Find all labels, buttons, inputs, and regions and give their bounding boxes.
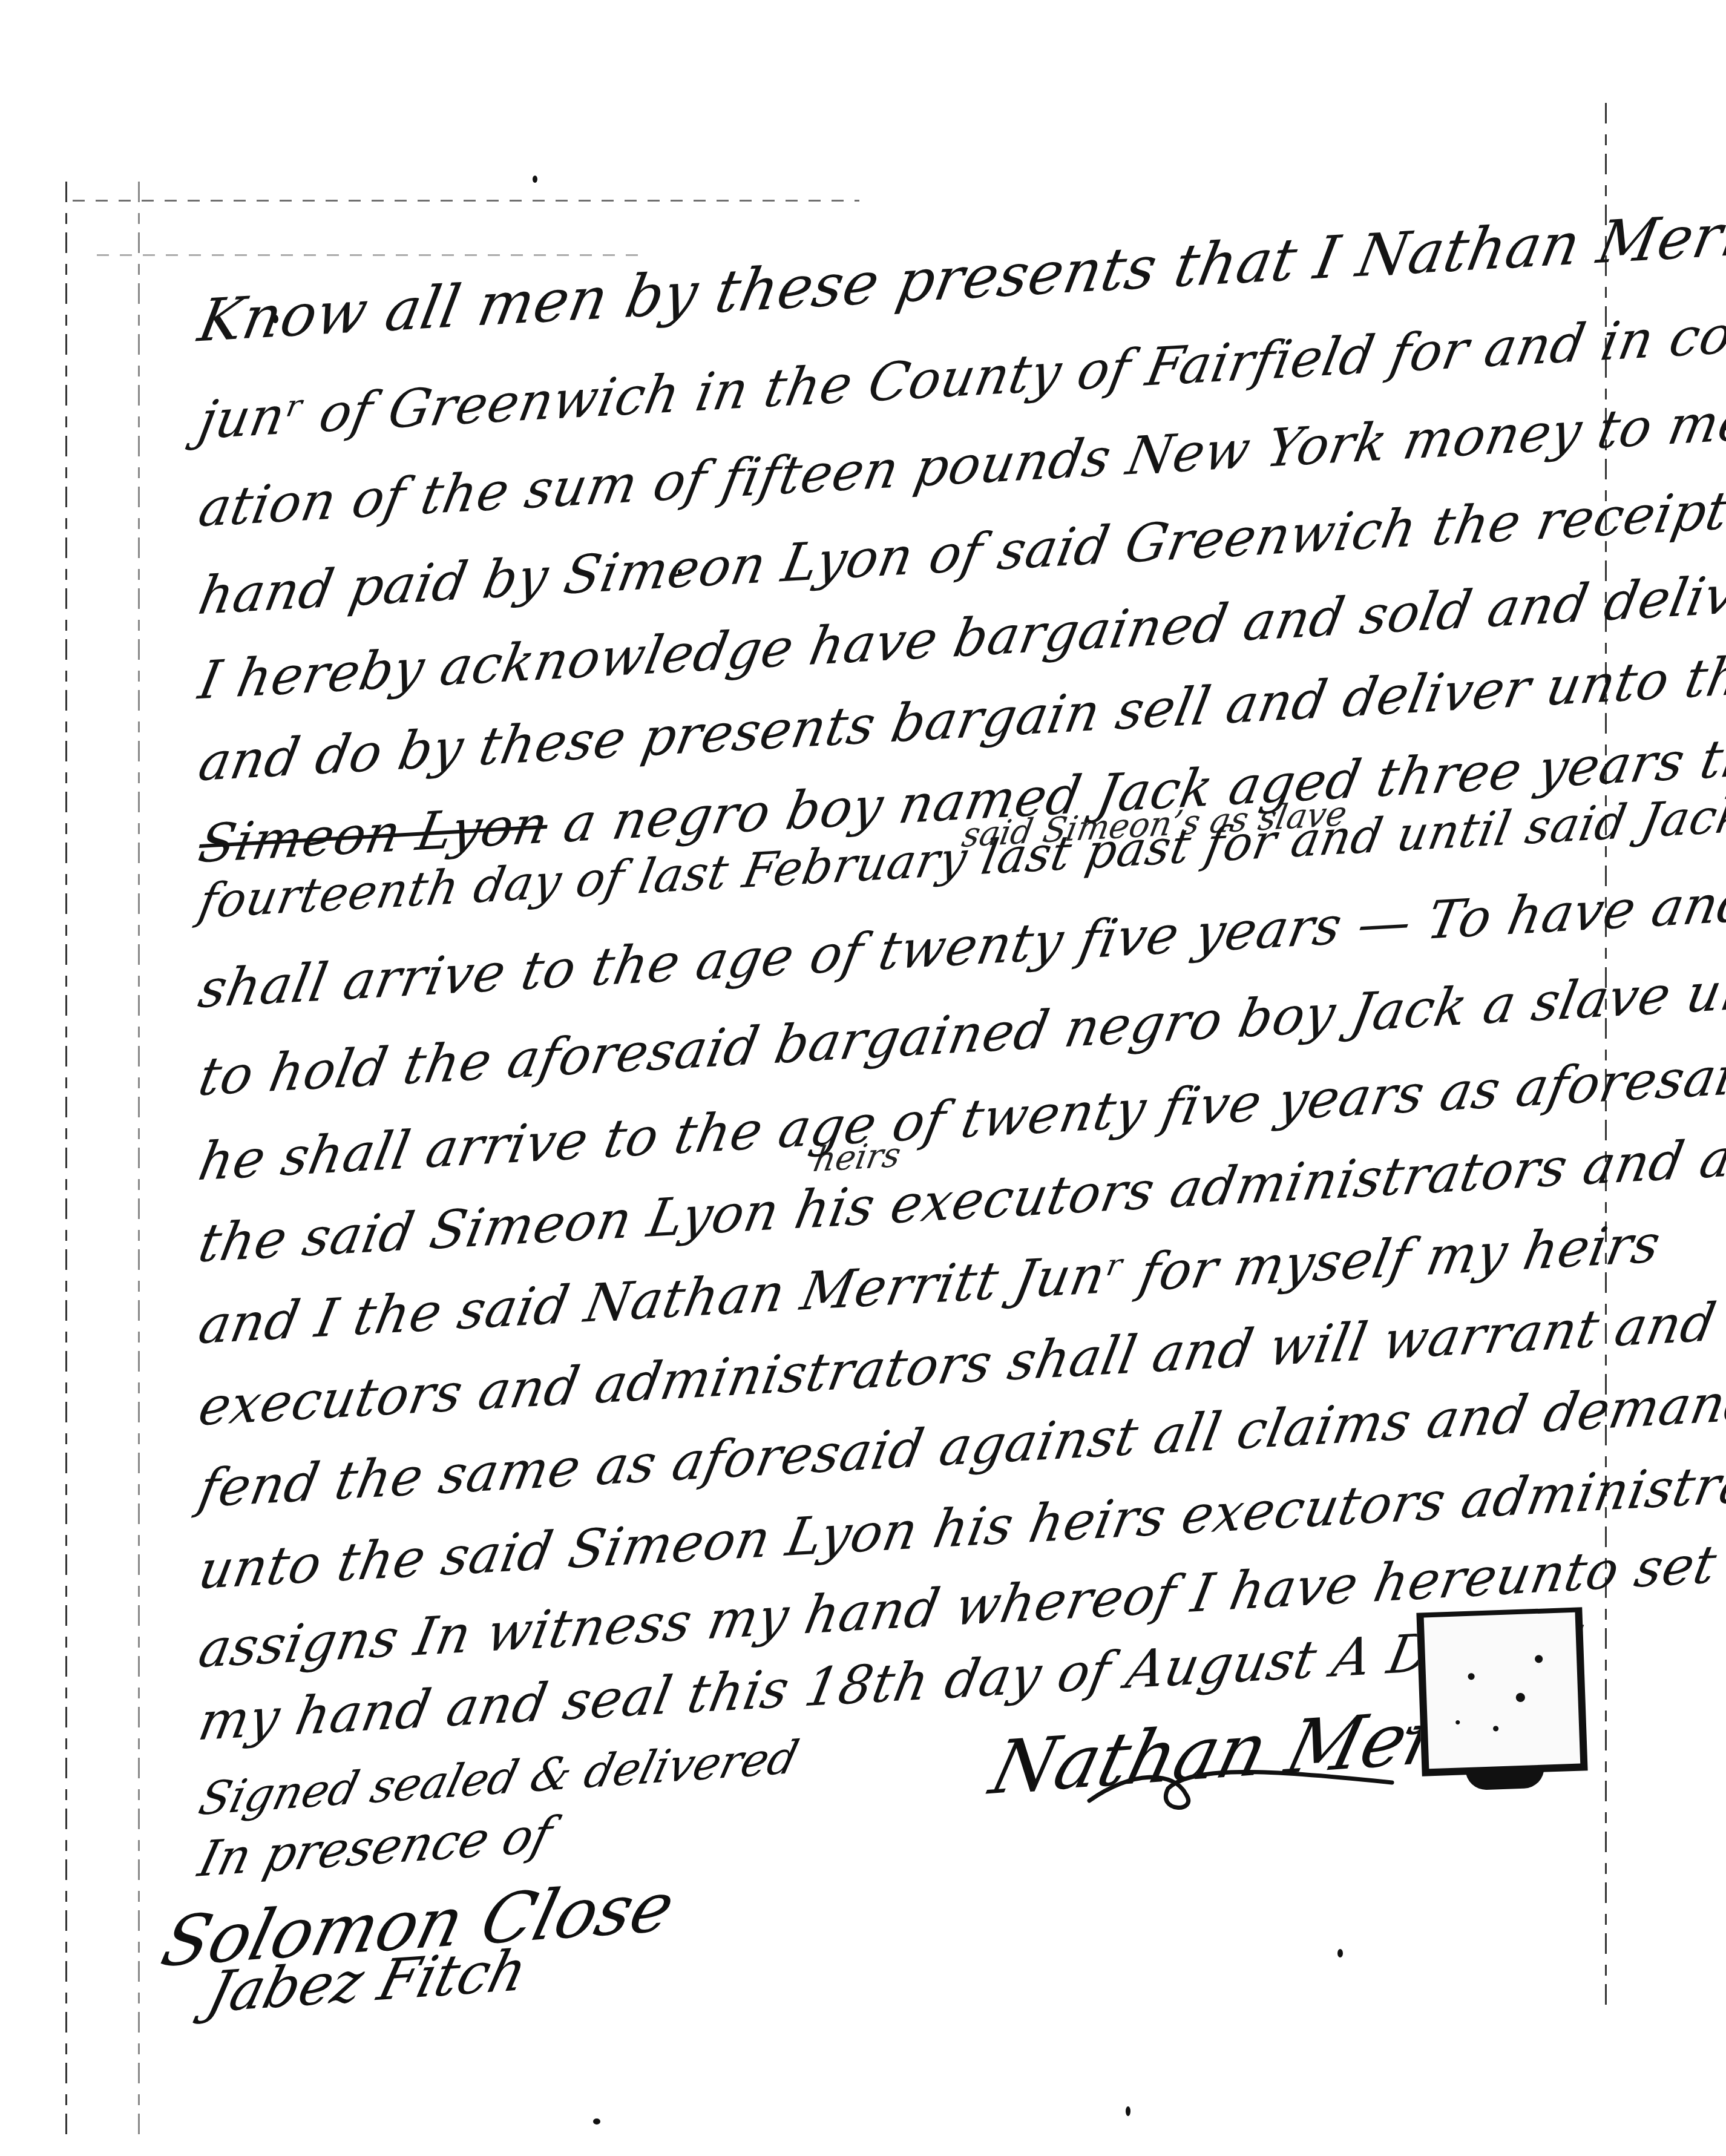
top-margin-rule-2 [97,254,642,256]
left-margin-rule-inner [138,182,140,2143]
scan-speck [1126,2106,1130,2116]
wax-seal [1416,1607,1587,1776]
left-margin-rule-outer [65,182,67,2143]
scan-speck [1337,1949,1343,1957]
top-margin-rule [73,200,859,202]
scan-speck [593,2118,600,2125]
scanned-document-page: Know all men by these presents that I Na… [0,0,1726,2156]
signature-flourish [1083,1758,1398,1813]
scan-speck [533,176,537,183]
